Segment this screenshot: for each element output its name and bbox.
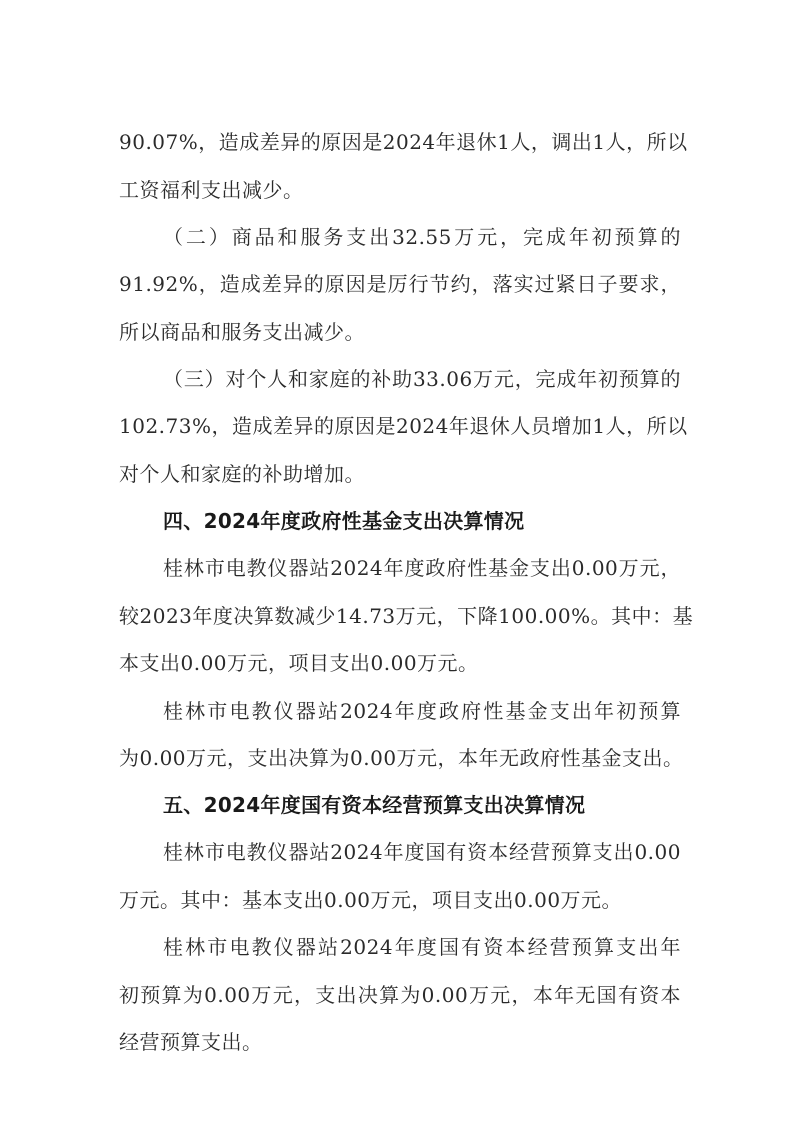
document-page-overlay bbox=[0, 0, 800, 1131]
